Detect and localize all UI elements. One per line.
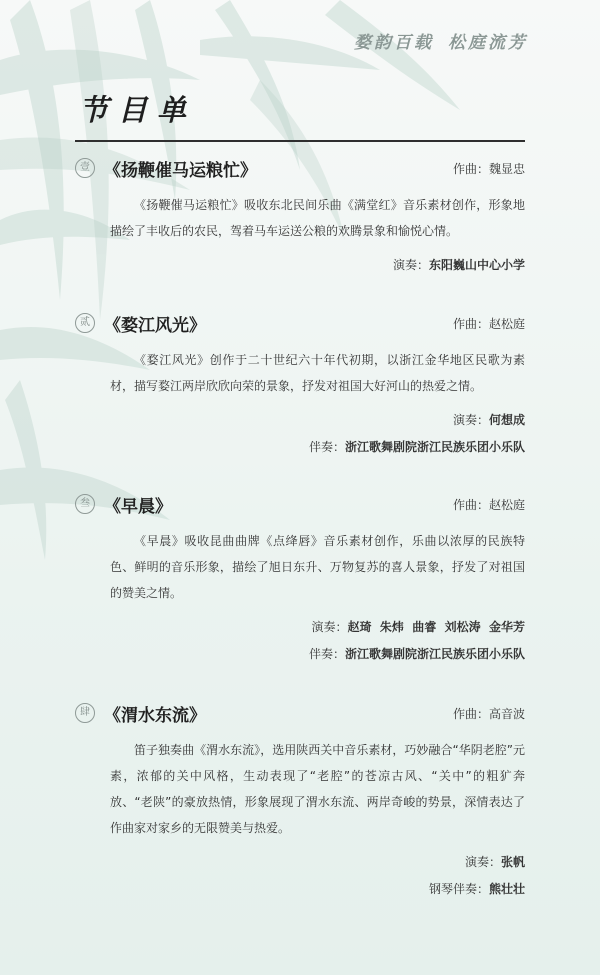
program-title: 《早晨》 [104, 492, 172, 517]
program-credits: 演奏：何想成 伴奏：浙江歌舞剧院浙江民族乐团小乐队 [75, 407, 525, 461]
slogan-part-2: 松庭流芳 [448, 33, 528, 53]
page-title: 节目单 [79, 88, 196, 129]
program-credits: 演奏：张帆 钢琴伴奏：熊壮壮 [75, 849, 525, 903]
program-item-4: 肆 《渭水东流》 作曲：高音波 笛子独奏曲《渭水东流》，选用陕西关中音乐素材，巧… [75, 701, 525, 903]
program-title: 《婺江风光》 [104, 311, 206, 336]
program-credits: 演奏：赵琦 朱炜 曲睿 刘松涛 金华芳 伴奏：浙江歌舞剧院浙江民族乐团小乐队 [75, 614, 525, 668]
program-description: 《早晨》吸收昆曲曲牌《点绛唇》音乐素材创作，乐曲以浓厚的民族特色、鲜明的音乐形象… [110, 528, 525, 606]
composer: 作曲：高音波 [453, 705, 525, 722]
header-slogan: 婺韵百载松庭流芳 [354, 28, 528, 53]
program-description: 《扬鞭催马运粮忙》吸收东北民间乐曲《满堂红》音乐素材创作，形象地描绘了丰收后的农… [110, 192, 525, 244]
credit-line: 钢琴伴奏：熊壮壮 [75, 876, 525, 903]
program-description: 笛子独奏曲《渭水东流》，选用陕西关中音乐素材，巧妙融合“华阴老腔”元素，浓郁的关… [110, 737, 525, 841]
program-item-3: 叁 《早晨》 作曲：赵松庭 《早晨》吸收昆曲曲牌《点绛唇》音乐素材创作，乐曲以浓… [75, 492, 525, 668]
number-seal-icon: 叁 [75, 494, 95, 514]
program-credits: 演奏：东阳巍山中心小学 [75, 252, 525, 279]
composer: 作曲：赵松庭 [453, 315, 525, 332]
program-title: 《扬鞭催马运粮忙》 [104, 156, 257, 181]
title-divider [75, 140, 525, 142]
credit-line: 伴奏：浙江歌舞剧院浙江民族乐团小乐队 [75, 641, 525, 668]
program-description: 《婺江风光》创作于二十世纪六十年代初期，以浙江金华地区民歌为素材，描写婺江两岸欣… [110, 347, 525, 399]
composer: 作曲：魏显忠 [453, 160, 525, 177]
number-seal-icon: 壹 [75, 158, 95, 178]
credit-line: 伴奏：浙江歌舞剧院浙江民族乐团小乐队 [75, 434, 525, 461]
program-item-1: 壹 《扬鞭催马运粮忙》 作曲：魏显忠 《扬鞭催马运粮忙》吸收东北民间乐曲《满堂红… [75, 156, 525, 279]
composer: 作曲：赵松庭 [453, 496, 525, 513]
program-item-2: 贰 《婺江风光》 作曲：赵松庭 《婺江风光》创作于二十世纪六十年代初期，以浙江金… [75, 311, 525, 461]
credit-line: 演奏：赵琦 朱炜 曲睿 刘松涛 金华芳 [75, 614, 525, 641]
number-seal-icon: 肆 [75, 703, 95, 723]
program-title: 《渭水东流》 [104, 701, 206, 726]
number-seal-icon: 贰 [75, 313, 95, 333]
slogan-part-1: 婺韵百载 [354, 33, 434, 53]
credit-line: 演奏：东阳巍山中心小学 [75, 252, 525, 279]
credit-line: 演奏：张帆 [75, 849, 525, 876]
credit-line: 演奏：何想成 [75, 407, 525, 434]
